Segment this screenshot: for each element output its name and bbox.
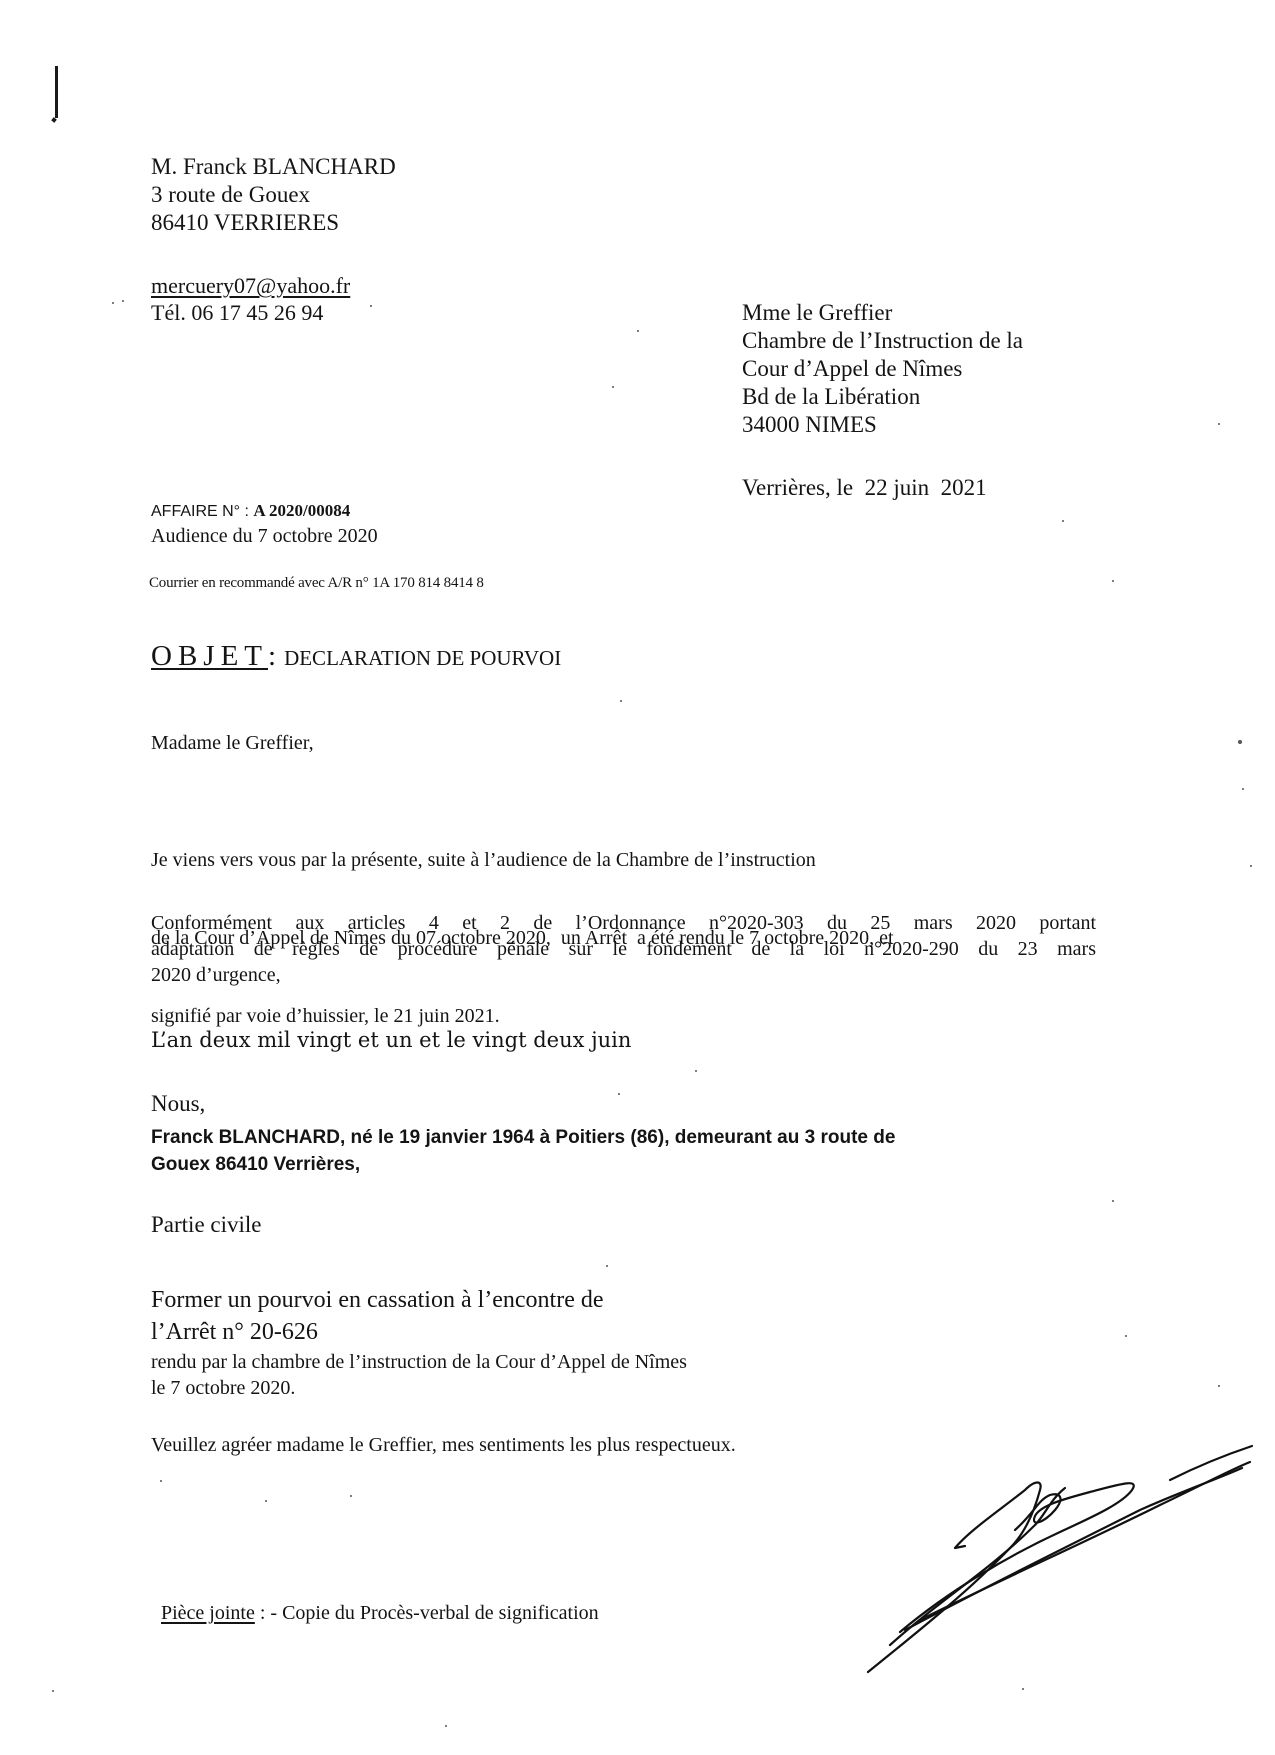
attachment-label: Pièce jointe xyxy=(161,1602,255,1624)
registered-mail-line: Courrier en recommandé avec A/R n° 1A 17… xyxy=(149,573,484,593)
sender-email-link[interactable]: mercuery07@yahoo.fr xyxy=(151,272,350,299)
subject-line: OBJET:DECLARATION DE POURVOI xyxy=(151,640,561,673)
sender-address-line1: 3 route de Gouex xyxy=(151,181,396,209)
scan-speck xyxy=(112,302,114,304)
pourvoi-line1: Former un pourvoi en cassation à l’encon… xyxy=(151,1284,604,1316)
affaire-number: A 2020/00084 xyxy=(253,501,350,520)
scan-speck xyxy=(52,1690,54,1692)
date-in-words: L’an deux mil vingt et un et le vingt de… xyxy=(151,1026,631,1054)
scan-speck xyxy=(637,330,639,332)
scan-speck xyxy=(265,1500,267,1502)
recipient-line5: 34000 NIMES xyxy=(742,411,1023,439)
sender-name: M. Franck BLANCHARD xyxy=(151,153,396,181)
recipient-block: Mme le Greffier Chambre de l’Instruction… xyxy=(742,299,1023,439)
scan-speck xyxy=(370,305,372,307)
sender-address-line2: 86410 VERRIERES xyxy=(151,209,396,237)
scan-speck xyxy=(606,1265,608,1267)
pourvoi-detail: rendu par la chambre de l’instruction de… xyxy=(151,1349,687,1401)
reference-block: AFFAIRE N° : A 2020/00084 Audience du 7 … xyxy=(151,497,378,549)
date-line: Verrières, le 22 juin 2021 xyxy=(742,474,987,502)
scan-speck xyxy=(1242,788,1244,790)
scan-speck xyxy=(1062,520,1064,522)
scan-speck xyxy=(1022,1688,1024,1690)
audience-line: Audience du 7 octobre 2020 xyxy=(151,523,378,549)
signature-icon xyxy=(860,1420,1260,1700)
pourvoi-block: Former un pourvoi en cassation à l’encon… xyxy=(151,1284,604,1348)
scan-speck xyxy=(1112,580,1114,582)
scan-speck xyxy=(1218,423,1220,425)
recipient-line1: Mme le Greffier xyxy=(742,299,1023,327)
scan-speck xyxy=(1125,1335,1127,1337)
scan-speck xyxy=(160,1480,162,1482)
scan-speck xyxy=(445,1725,447,1727)
paragraph-1-line: Je viens vers vous par la présente, suit… xyxy=(151,847,1096,873)
scan-speck xyxy=(695,1070,697,1072)
scan-speck xyxy=(122,300,124,302)
attachment-separator: : - xyxy=(255,1602,282,1624)
identity-line: Gouex 86410 Verrières, xyxy=(151,1151,1101,1178)
scan-speck xyxy=(1238,740,1242,744)
paragraph-2-line: Conformément aux articles 4 et 2 de l’Or… xyxy=(151,910,1096,936)
body-paragraph-2: Conformément aux articles 4 et 2 de l’Or… xyxy=(151,910,1096,988)
subject-colon: : xyxy=(268,640,276,672)
paragraph-2-line: adaptation de règles de procédure pénale… xyxy=(151,936,1096,962)
partie-civile: Partie civile xyxy=(151,1211,262,1239)
margin-mark xyxy=(55,66,58,118)
scan-speck xyxy=(618,1093,620,1095)
identity-line: Franck BLANCHARD, né le 19 janvier 1964 … xyxy=(151,1124,1101,1151)
sender-phone: Tél. 06 17 45 26 94 xyxy=(151,299,350,327)
nous-line: Nous, xyxy=(151,1090,205,1118)
identity-block: Franck BLANCHARD, né le 19 janvier 1964 … xyxy=(151,1124,1101,1178)
recipient-line4: Bd de la Libération xyxy=(742,383,1023,411)
recipient-line3: Cour d’Appel de Nîmes xyxy=(742,355,1023,383)
affaire-label: AFFAIRE N° : xyxy=(151,503,253,520)
recipient-line2: Chambre de l’Instruction de la xyxy=(742,327,1023,355)
salutation: Madame le Greffier, xyxy=(151,730,314,756)
sender-block: M. Franck BLANCHARD 3 route de Gouex 864… xyxy=(151,153,396,237)
scan-speck xyxy=(620,700,622,702)
pourvoi-line2: l’Arrêt n° 20-626 xyxy=(151,1316,604,1348)
scan-speck xyxy=(612,386,614,388)
attachment-value: Copie du Procès-verbal de signification xyxy=(282,1602,599,1624)
subject-value: DECLARATION DE POURVOI xyxy=(284,646,561,670)
pourvoi-line3: rendu par la chambre de l’instruction de… xyxy=(151,1349,687,1375)
closing-formula: Veuillez agréer madame le Greffier, mes … xyxy=(151,1432,736,1458)
subject-label: OBJET xyxy=(151,640,268,672)
scan-speck xyxy=(1250,865,1252,867)
scan-speck xyxy=(350,1495,352,1497)
pourvoi-line4: le 7 octobre 2020. xyxy=(151,1375,687,1401)
attachment-line: Pièce jointe : - Copie du Procès-verbal … xyxy=(151,1574,599,1626)
paragraph-2-line: 2020 d’urgence, xyxy=(151,962,1096,988)
scan-speck xyxy=(1218,1385,1220,1387)
scan-speck xyxy=(1112,1200,1114,1202)
sender-contact: mercuery07@yahoo.fr Tél. 06 17 45 26 94 xyxy=(151,272,350,327)
